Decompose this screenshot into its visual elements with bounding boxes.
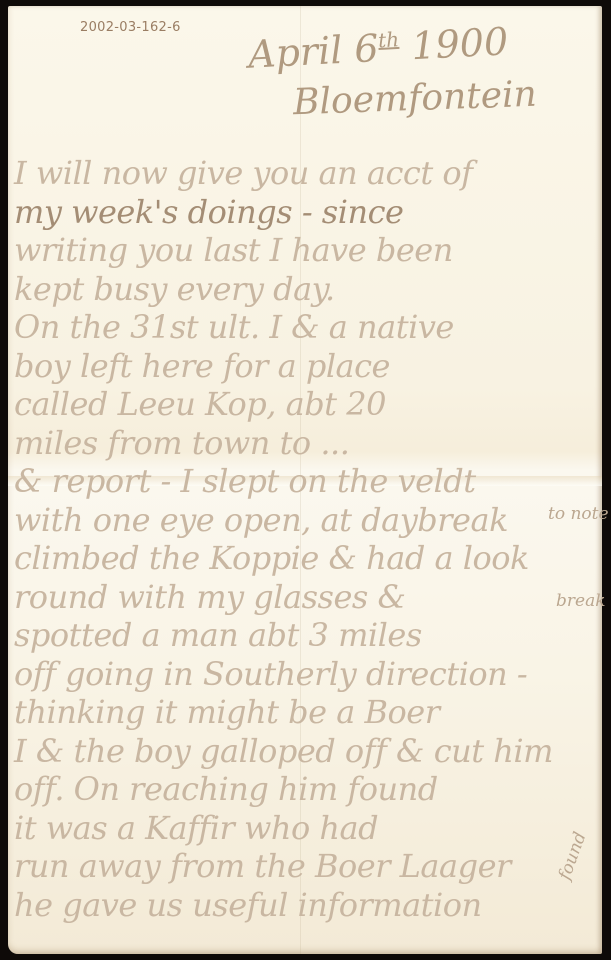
letter-line: with one eye open, at daybreak xyxy=(14,501,604,540)
letter-place: Bloemfontein xyxy=(292,74,537,123)
letter-line: spotted a man abt 3 miles xyxy=(14,616,604,655)
letter-line: writing you last I have been xyxy=(14,231,604,270)
letter-line: boy left here for a place xyxy=(14,347,604,386)
letter-line: called Leeu Kop, abt 20 xyxy=(14,385,604,424)
letter-line: run away from the Boer Laager xyxy=(14,847,604,886)
letter-line: round with my glasses & xyxy=(14,578,604,617)
letter-line: & report - I slept on the veldt xyxy=(14,462,604,501)
letter-line: my week's doings - since xyxy=(14,193,604,232)
letter-line: he gave us useful information xyxy=(14,886,604,925)
letter-line: I will now give you an acct of xyxy=(14,154,604,193)
letter-line: off. On reaching him found xyxy=(14,770,604,809)
scanned-letter: 2002-03-162-6 April 6th 1900 Bloemfontei… xyxy=(0,0,611,960)
date-year: 1900 xyxy=(410,19,509,68)
letter-line: miles from town to ... xyxy=(14,424,604,463)
date-suffix: th xyxy=(377,27,399,52)
letter-date: April 6th 1900 xyxy=(247,19,509,77)
letter-line: On the 31st ult. I & a native xyxy=(14,308,604,347)
letter-paper: 2002-03-162-6 April 6th 1900 Bloemfontei… xyxy=(8,6,602,954)
catalog-number: 2002-03-162-6 xyxy=(80,20,181,35)
letter-line: it was a Kaffir who had xyxy=(14,809,604,848)
letter-line: I & the boy galloped off & cut him xyxy=(14,732,604,771)
letter-line: kept busy every day. xyxy=(14,270,604,309)
letter-line: thinking it might be a Boer xyxy=(14,693,604,732)
interlinear-note: to note xyxy=(548,504,609,524)
letter-body: I will now give you an acct of my week's… xyxy=(14,154,604,924)
letter-line: off going in Southerly direction - xyxy=(14,655,604,694)
letter-line: climbed the Koppie & had a look xyxy=(14,539,604,578)
interlinear-note: break xyxy=(556,591,606,611)
date-month-day: April 6 xyxy=(247,26,380,77)
